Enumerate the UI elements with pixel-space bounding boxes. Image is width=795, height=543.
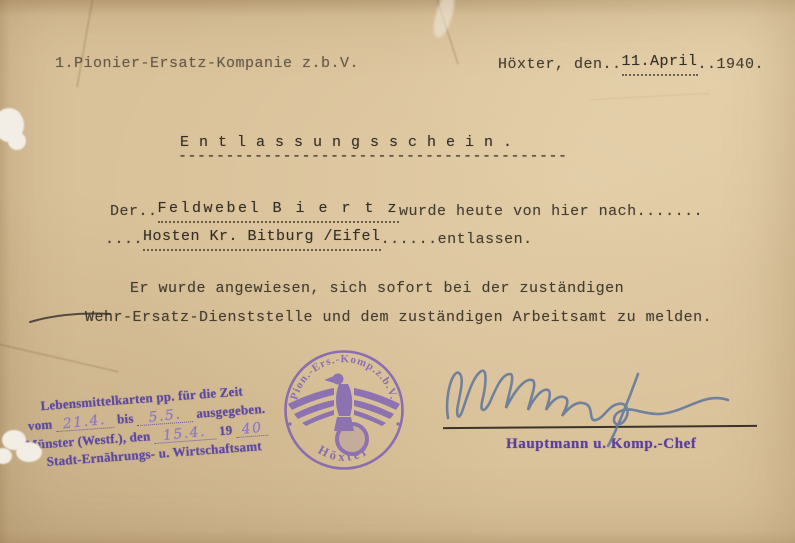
damage-spot [8, 132, 26, 150]
stamp-dot [288, 422, 291, 425]
handwritten-from-date: 21.4. [63, 413, 107, 432]
document-page: 1.Pionier-Ersatz-Kompanie z.b.V. Höxter,… [0, 0, 795, 543]
unit-line: 1.Pionier-Ersatz-Kompanie z.b.V. [55, 55, 359, 72]
ration-year-prefix: 19 [218, 422, 232, 438]
signature-scribble [430, 348, 770, 448]
damage-spot [0, 448, 12, 464]
body-line-1: Der..Feldwebel B i e r t zwurde heute vo… [110, 203, 703, 223]
round-unit-stamp: Pion.-Ers.-Komp.z.b.V. Höxter [274, 340, 414, 480]
body-line-2: ....Hosten Kr. Bitburg /Eifel......entla… [105, 231, 533, 251]
ration-bis-label: bis [117, 410, 135, 426]
date-suffix: ..1940. [698, 56, 765, 73]
handwritten-year: 40 [241, 421, 263, 437]
body-line1-suffix: wurde heute von hier nach....... [399, 203, 703, 220]
stamp-dot [396, 422, 399, 425]
ration-ausgegeben-label: ausgegeben. [196, 401, 266, 421]
paragraph-line-2: Wehr-Ersatz-Dienststelle und dem zuständ… [85, 309, 712, 326]
title-underline: ----------------------------------------… [178, 148, 568, 165]
body-line1-prefix: Der.. [110, 203, 158, 220]
crease [0, 341, 119, 373]
paragraph-line-1: Er wurde angewiesen, sich sofort bei der… [130, 280, 624, 297]
name-filled: Feldwebel B i e r t z [158, 201, 400, 218]
body-line2-dots: .... [105, 231, 143, 248]
ration-vom-label: vom [27, 416, 52, 433]
handwritten-to-date: 5.5. [148, 407, 182, 424]
date-line: Höxter, den..11.April..1940. [498, 56, 764, 76]
pen-dash-mark [26, 308, 116, 326]
place-filled: Hosten Kr. Bitburg /Eifel [143, 229, 381, 246]
ration-stamp: Lebensmittelkarten pp. für die Zeit vom … [30, 379, 305, 471]
date-prefix: Höxter, den.. [498, 56, 622, 73]
damage-spot [16, 442, 42, 462]
wreath-icon [337, 424, 367, 454]
body-line2-suffix: ......entlassen. [381, 231, 533, 248]
handwritten-issue-date: 15.4. [163, 424, 207, 443]
crease [590, 93, 710, 100]
paper-tear [430, 0, 458, 39]
date-filled: 11.April [622, 54, 698, 71]
crease [76, 0, 94, 87]
